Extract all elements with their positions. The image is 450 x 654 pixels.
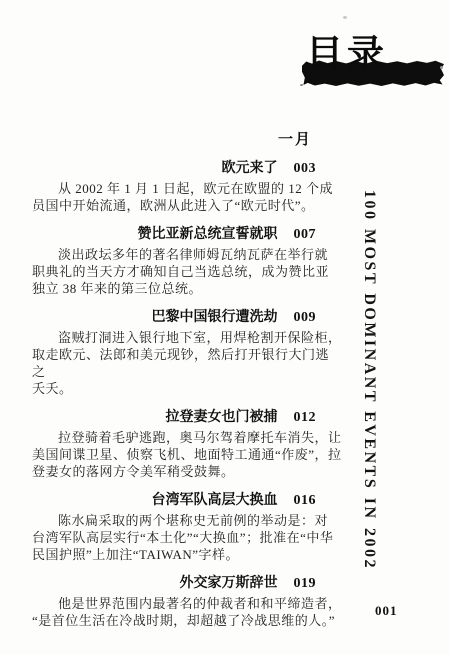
month-heading: 一月: [32, 130, 342, 148]
section-page-number: 009: [294, 310, 317, 325]
section-page-number: 012: [294, 410, 317, 425]
toc-section: 拉登妻女也门被捕012 拉登骑着毛驴逃跑，奥马尔驾着摩托车消失，让 美国间谍卫星…: [32, 408, 342, 480]
toc-header: 目录: [298, 30, 448, 92]
section-page-number: 007: [294, 227, 317, 242]
spine-text: 100 MOST DOMINANT EVENTS IN 2002: [360, 190, 378, 562]
section-title: 拉登妻女也门被捕: [166, 409, 278, 425]
page-number: 001: [375, 603, 398, 619]
page-title: 目录: [306, 34, 388, 74]
section-summary: 淡出政坛多年的著名律师姆瓦纳瓦萨在举行就 职典礼的当天方才确知自己当选总统，成为…: [32, 246, 342, 297]
section-title: 台湾军队高层大换血: [152, 492, 278, 508]
section-heading: 拉登妻女也门被捕012: [32, 408, 342, 427]
scan-speck: [343, 16, 347, 19]
section-heading: 赞比亚新总统宣誓就职007: [32, 225, 342, 244]
section-page-number: 016: [294, 493, 317, 508]
scan-speck: [300, 84, 303, 86]
section-title: 巴黎中国银行遭洗劫: [152, 309, 278, 325]
section-page-number: 019: [294, 576, 317, 591]
toc-section: 巴黎中国银行遭洗劫009 盗贼打洞进入银行地下室，用焊枪割开保险柜， 取走欧元、…: [32, 308, 342, 397]
section-summary: 从 2002 年 1 月 1 日起，欧元在欧盟的 12 个成 员国中开始流通，欧…: [32, 180, 342, 214]
section-page-number: 003: [294, 161, 317, 176]
section-summary: 陈水扁采取的两个堪称史无前例的举动是：对 台湾军队高层实行“本土化”“大换血”；…: [32, 512, 342, 563]
section-heading: 巴黎中国银行遭洗劫009: [32, 308, 342, 327]
section-summary: 盗贼打洞进入银行地下室，用焊枪割开保险柜， 取走欧元、法郎和美元现钞，然后打开银…: [32, 329, 342, 397]
toc-section: 欧元来了003 从 2002 年 1 月 1 日起，欧元在欧盟的 12 个成 员…: [32, 159, 342, 214]
section-summary: 拉登骑着毛驴逃跑，奥马尔驾着摩托车消失，让 美国间谍卫星、侦察飞机、地面特工通通…: [32, 429, 342, 480]
section-title: 赞比亚新总统宣誓就职: [138, 226, 278, 242]
section-title: 外交家万斯辞世: [180, 575, 278, 591]
toc-section: 外交家万斯辞世019 他是世界范围内最著名的仲裁者和和平缔造者， “是首位生活在…: [32, 574, 342, 629]
toc-section: 赞比亚新总统宣誓就职007 淡出政坛多年的著名律师姆瓦纳瓦萨在举行就 职典礼的当…: [32, 225, 342, 297]
scan-speck: [440, 66, 443, 69]
section-heading: 外交家万斯辞世019: [32, 574, 342, 593]
section-summary: 他是世界范围内最著名的仲裁者和和平缔造者， “是首位生活在冷战时期，却超越了冷战…: [32, 595, 342, 629]
toc-section: 台湾军队高层大换血016 陈水扁采取的两个堪称史无前例的举动是：对 台湾军队高层…: [32, 491, 342, 563]
book-page: 目录 100 MOST DOMINANT EVENTS IN 2002 一月 欧…: [0, 0, 450, 654]
section-heading: 欧元来了003: [32, 159, 342, 178]
section-heading: 台湾军队高层大换血016: [32, 491, 342, 510]
toc-column: 一月 欧元来了003 从 2002 年 1 月 1 日起，欧元在欧盟的 12 个…: [32, 130, 342, 629]
section-title: 欧元来了: [222, 160, 278, 176]
